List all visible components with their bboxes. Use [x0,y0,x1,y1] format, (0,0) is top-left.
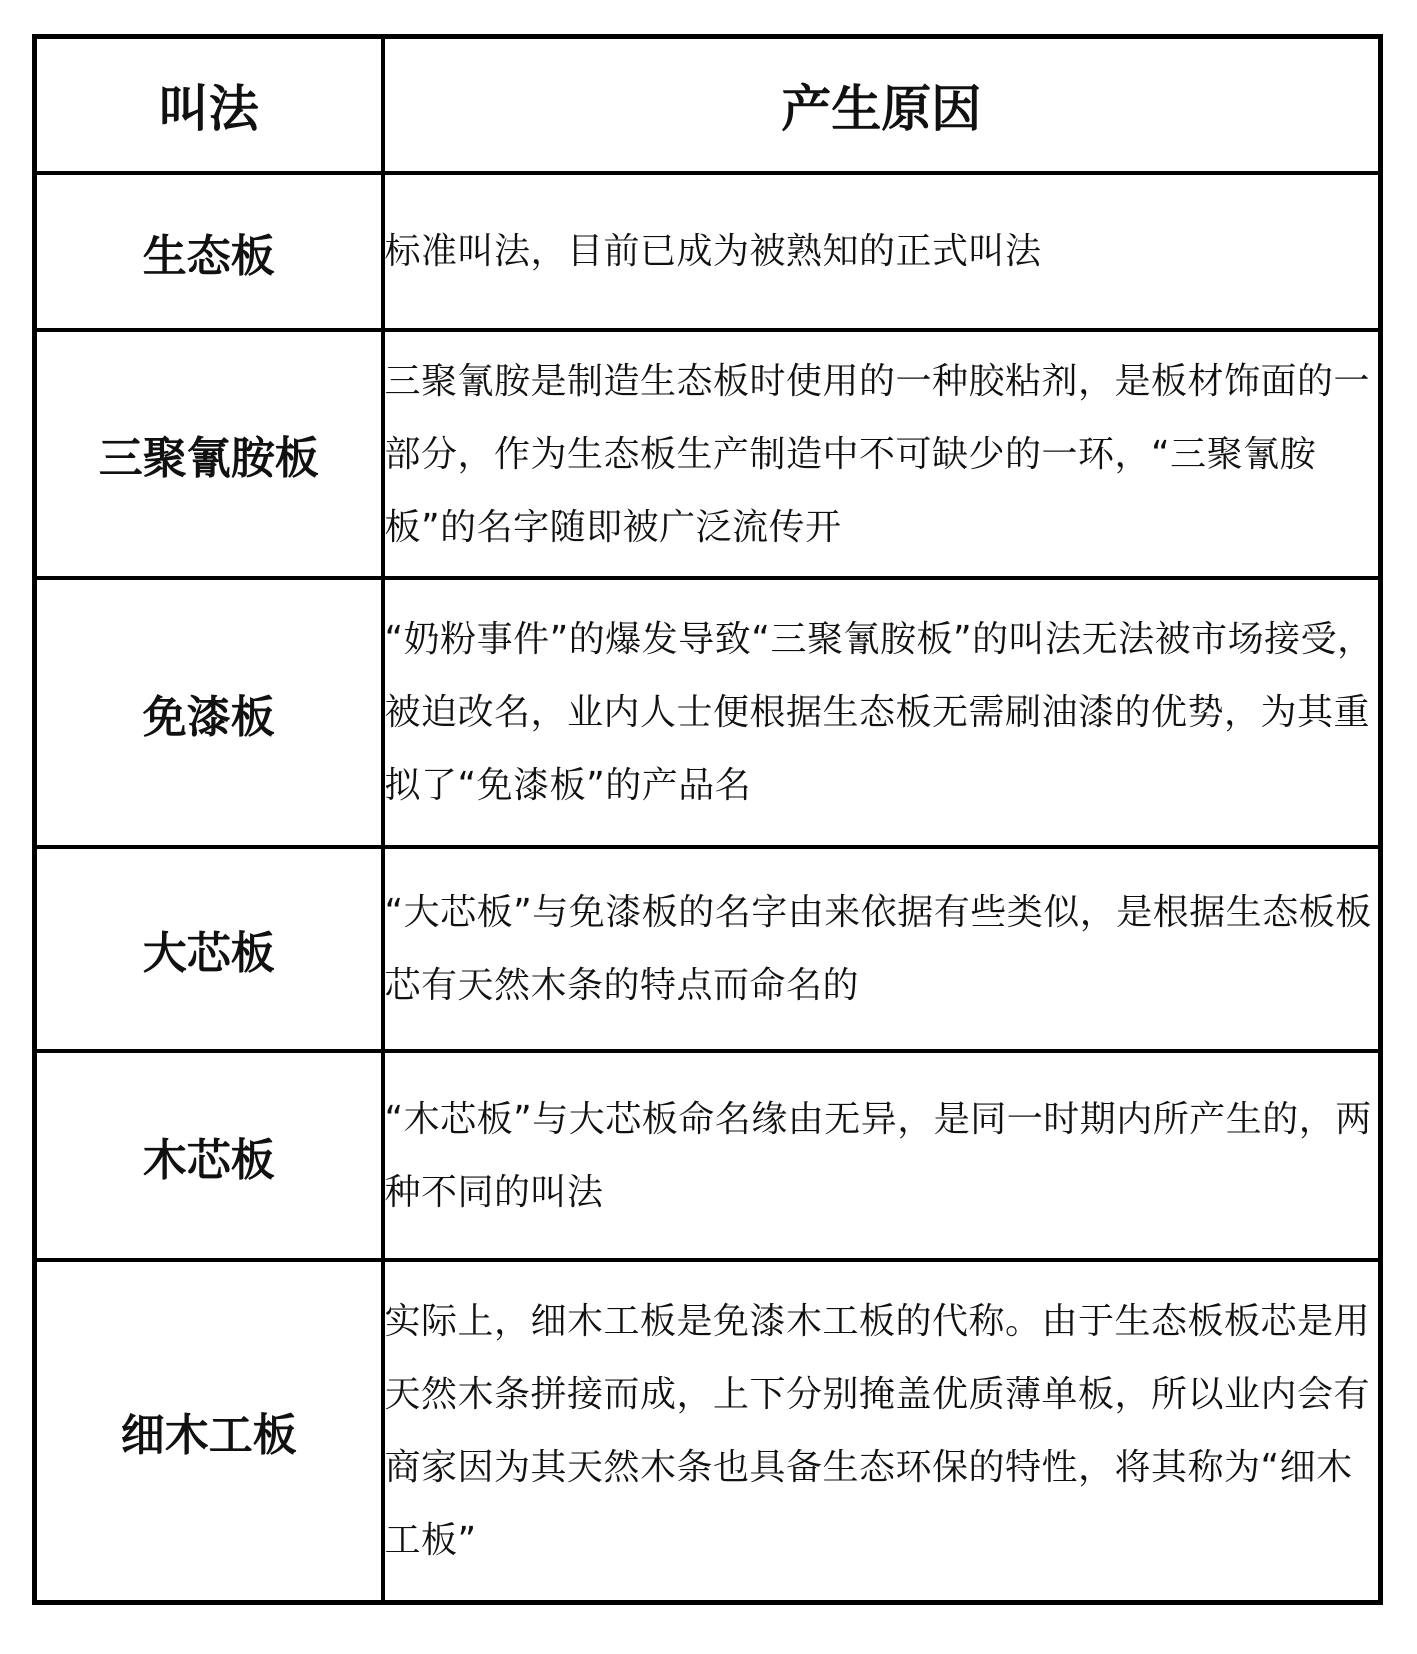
row-reason: 三聚氰胺是制造生态板时使用的一种胶粘剂，是板材饰面的一部分，作为生态板生产制造中… [383,330,1381,578]
row-name: 免漆板 [35,578,383,847]
table-row: 生态板 标准叫法，目前已成为被熟知的正式叫法 [35,173,1381,330]
table-row: 免漆板 “奶粉事件”的爆发导致“三聚氰胺板”的叫法无法被市场接受，被迫改名，业内… [35,578,1381,847]
naming-table: 叫法 产生原因 生态板 标准叫法，目前已成为被熟知的正式叫法 三聚氰胺板 三聚氰… [32,34,1383,1605]
row-name: 木芯板 [35,1051,383,1260]
row-reason: “大芯板”与免漆板的名字由来依据有些类似，是根据生态板板芯有天然木条的特点而命名… [383,847,1381,1051]
table-row: 细木工板 实际上，细木工板是免漆木工板的代称。由于生态板板芯是用天然木条拼接而成… [35,1260,1381,1602]
table-row: 大芯板 “大芯板”与免漆板的名字由来依据有些类似，是根据生态板板芯有天然木条的特… [35,847,1381,1051]
row-reason: “奶粉事件”的爆发导致“三聚氰胺板”的叫法无法被市场接受，被迫改名，业内人士便根… [383,578,1381,847]
row-name: 生态板 [35,173,383,330]
row-name: 大芯板 [35,847,383,1051]
row-reason: 标准叫法，目前已成为被熟知的正式叫法 [383,173,1381,330]
header-name: 叫法 [35,37,383,174]
row-name: 三聚氰胺板 [35,330,383,578]
table-row: 木芯板 “木芯板”与大芯板命名缘由无异，是同一时期内所产生的，两种不同的叫法 [35,1051,1381,1260]
header-reason: 产生原因 [383,37,1381,174]
header-row: 叫法 产生原因 [35,37,1381,174]
row-reason: 实际上，细木工板是免漆木工板的代称。由于生态板板芯是用天然木条拼接而成，上下分别… [383,1260,1381,1602]
table-row: 三聚氰胺板 三聚氰胺是制造生态板时使用的一种胶粘剂，是板材饰面的一部分，作为生态… [35,330,1381,578]
row-reason: “木芯板”与大芯板命名缘由无异，是同一时期内所产生的，两种不同的叫法 [383,1051,1381,1260]
row-name: 细木工板 [35,1260,383,1602]
